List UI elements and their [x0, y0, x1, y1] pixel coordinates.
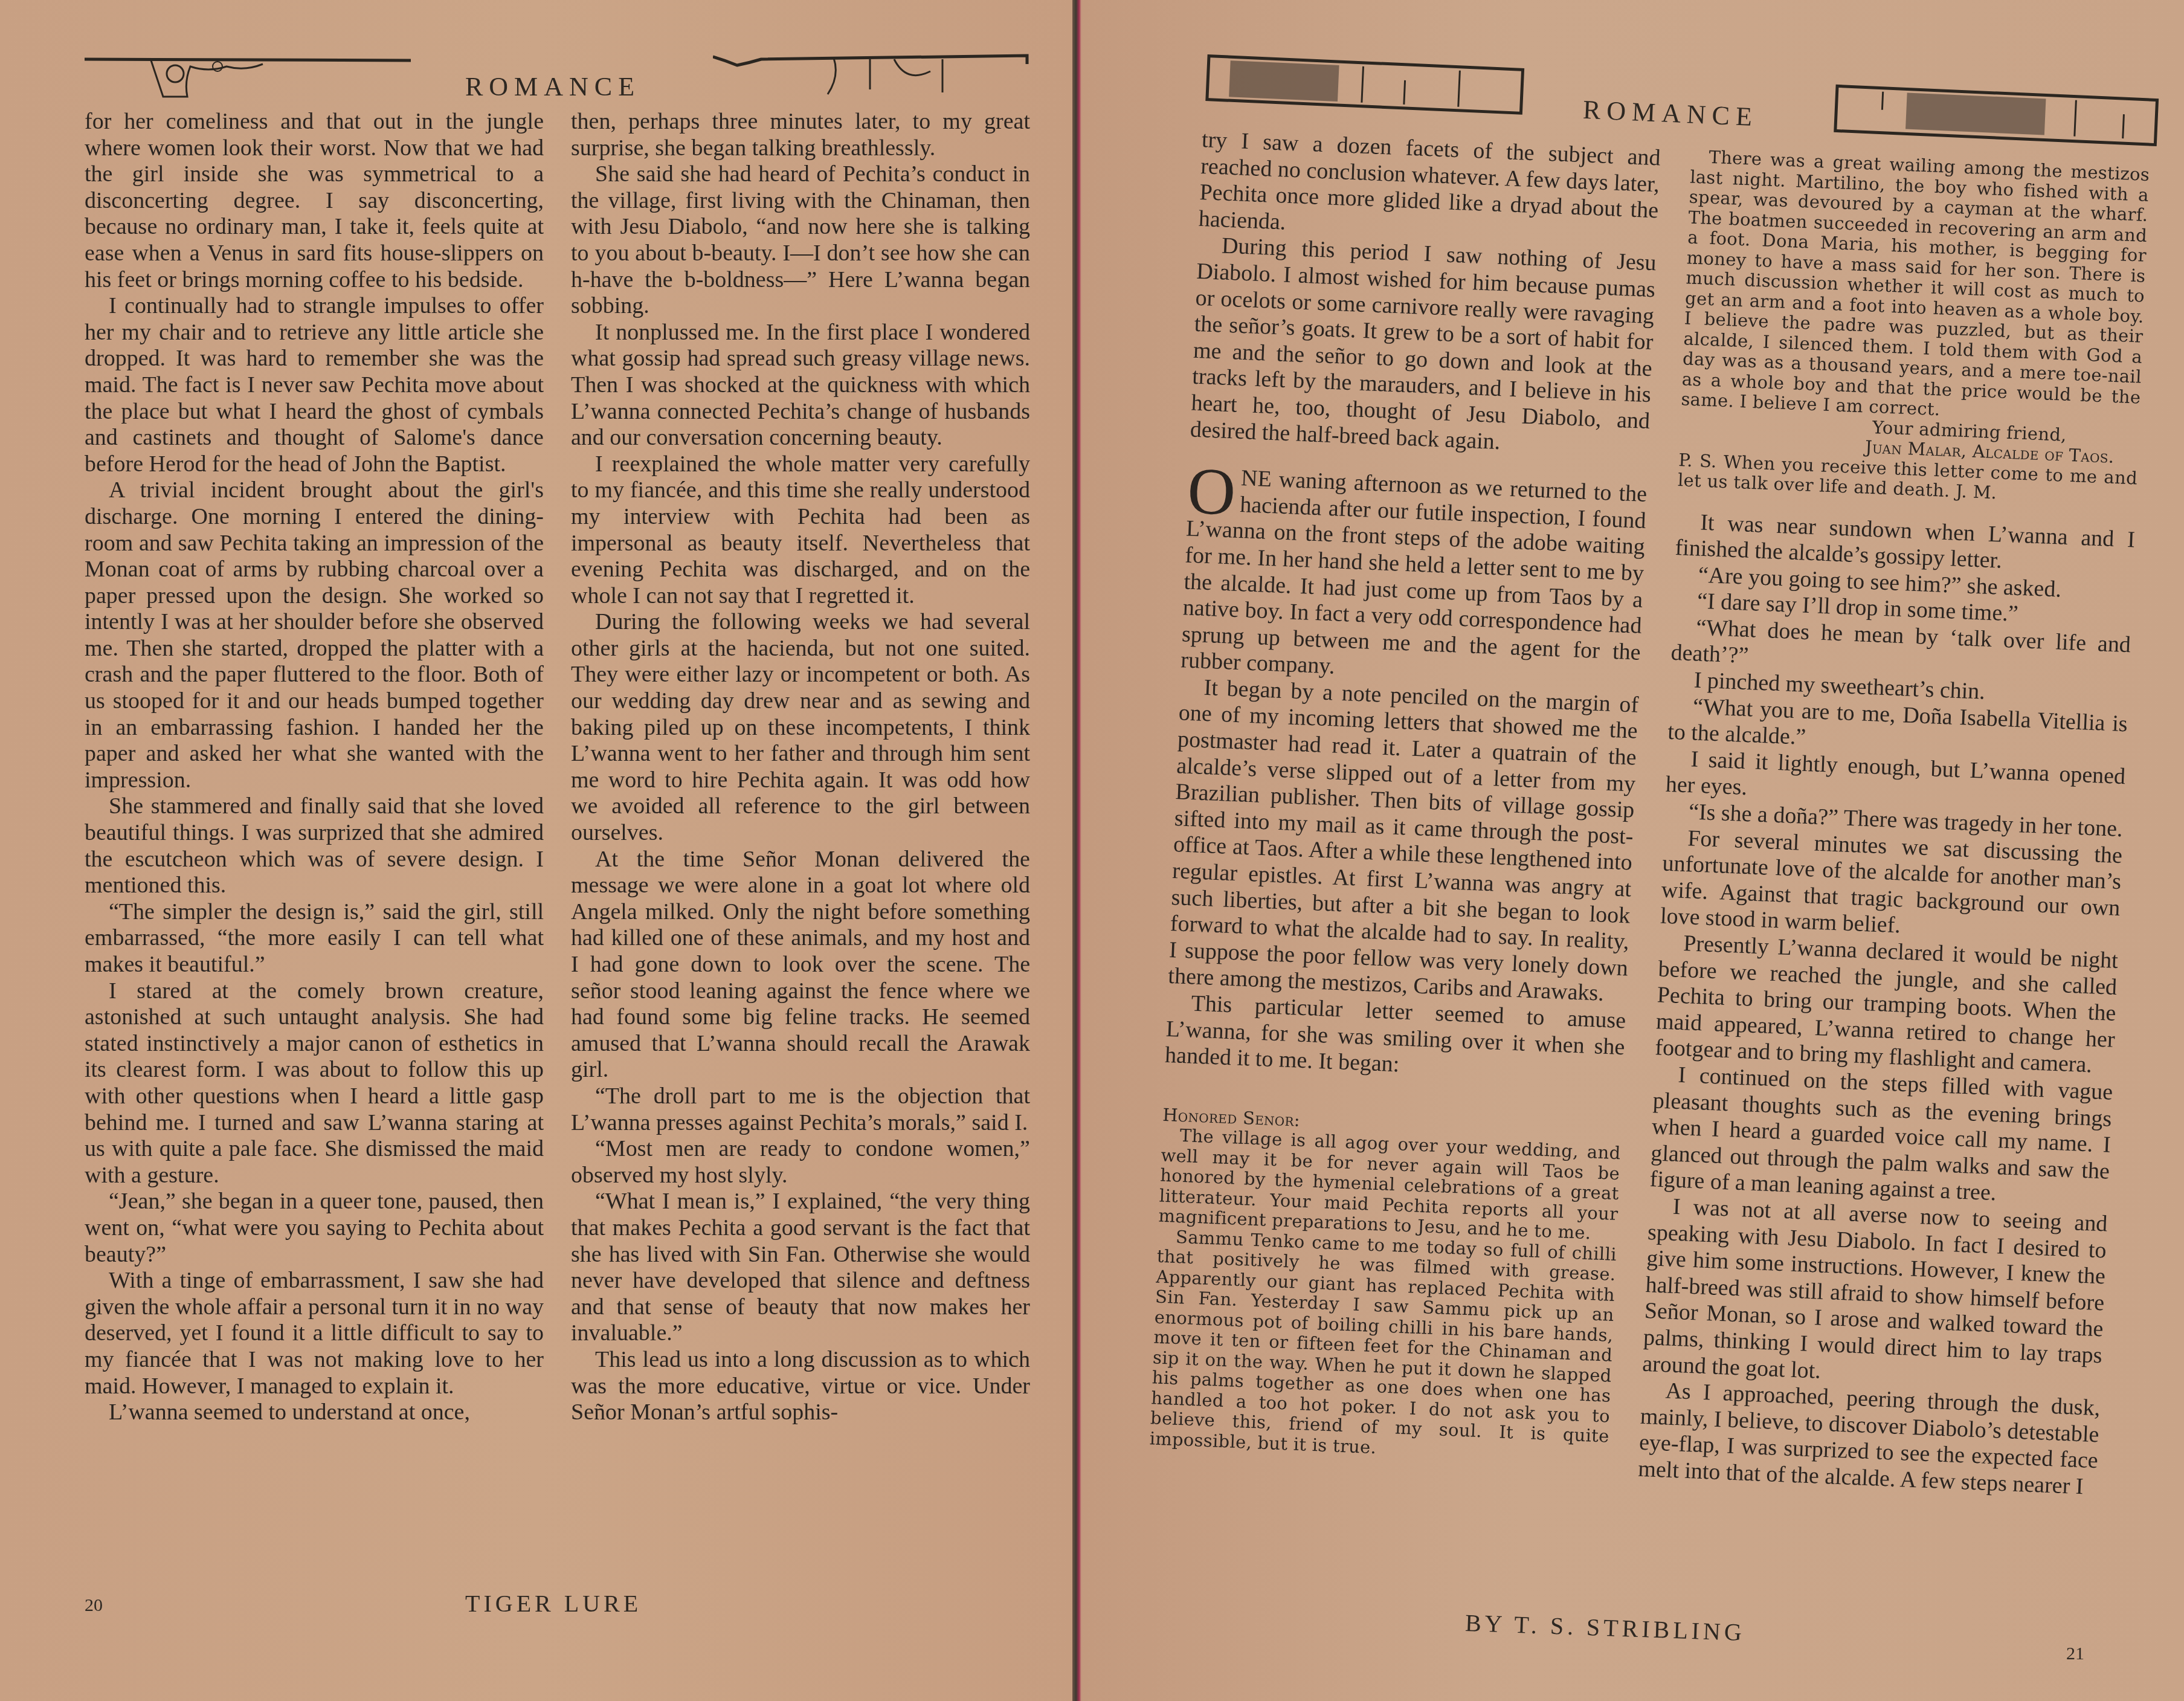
right-column-2: There was a great wailing among the mest… [1638, 147, 2150, 1501]
paragraph: She stammered and finally said that she … [85, 793, 544, 899]
left-column-2: then, perhaps three minutes later, to my… [571, 109, 1030, 1426]
paragraph: then, perhaps three minutes later, to my… [571, 109, 1030, 161]
paragraph: As I approached, peering through the dus… [1638, 1377, 2101, 1501]
paragraph: I stared at the comely brown creature, a… [85, 978, 544, 1189]
paragraph: At the time Señor Monan delivered the me… [571, 847, 1030, 1083]
running-head: ROMANCE [1582, 94, 1759, 133]
paragraph: I was not at all averse now to seeing an… [1642, 1193, 2108, 1395]
paragraph: “The simpler the design is,” said the gi… [85, 899, 544, 978]
author-byline: BY T. S. STRIBLING [1464, 1609, 1745, 1647]
page-number: 20 [85, 1595, 103, 1616]
paragraph: A trivial incident brought about the gir… [85, 477, 544, 793]
paragraph: I continually had to strangle impulses t… [85, 293, 544, 477]
letter-paragraph: There was a great wailing among the mest… [1681, 147, 2150, 428]
right-page: ROMANCE try I saw a dozen facets of the … [1081, 0, 2184, 1701]
paragraph: I continued on the steps filled with vag… [1649, 1061, 2113, 1211]
paragraph: “Most men are ready to condone women,” o… [571, 1136, 1030, 1189]
paragraph: I reexplained the whole matter very care… [571, 451, 1030, 610]
running-head: ROMANCE [465, 71, 640, 102]
page-number: 21 [2066, 1644, 2084, 1664]
right-column-1: try I saw a dozen facets of the subject … [1149, 127, 1661, 1467]
paragraph: This lead us into a long discussion as t… [571, 1347, 1030, 1426]
left-column-1: for her comeliness and that out in the j… [85, 109, 544, 1426]
paragraph: “The droll part to me is the objection t… [571, 1083, 1030, 1136]
paragraph: Presently L’wanna declared it would be n… [1655, 929, 2119, 1079]
book-gutter [1072, 0, 1081, 1701]
paragraph: She said she had heard of Pechita’s cond… [571, 161, 1030, 320]
paragraph: “Jean,” she began in a queer tone, pause… [85, 1189, 544, 1268]
letter-paragraph: The village is all agog over your weddin… [1158, 1125, 1621, 1245]
paragraph: ONE waning afternoon as we returned to t… [1181, 463, 1648, 692]
paragraph: L’wanna seemed to understand at once, [85, 1399, 544, 1426]
paragraph: It nonplussed me. In the first place I w… [571, 320, 1030, 451]
paragraph: It began by a note penciled on the margi… [1168, 674, 1639, 1008]
paragraph: for her comeliness and that out in the j… [85, 109, 544, 293]
paragraph-text: NE waning afternoon as we returned to th… [1181, 465, 1648, 679]
paragraph: During the following weeks we had severa… [571, 609, 1030, 846]
letter-continued: There was a great wailing among the mest… [1677, 147, 2150, 509]
story-title: TIGER LURE [465, 1589, 642, 1618]
magazine-spread: ROMANCE for her comeliness and that out … [0, 0, 2184, 1701]
paragraph: try I saw a dozen facets of the subject … [1198, 127, 1661, 251]
drop-cap: O [1187, 466, 1237, 517]
right-header-ornament-right [1832, 83, 2160, 152]
left-page: ROMANCE for her comeliness and that out … [0, 0, 1072, 1701]
letter-paragraph: Sammu Tenko came to me today so full of … [1149, 1226, 1617, 1467]
right-header-ornament-left [1204, 53, 1526, 121]
paragraph: “What I mean is,” I explained, “the very… [571, 1189, 1030, 1347]
paragraph: For several minutes we sat discussing th… [1660, 824, 2122, 948]
paragraph: During this period I saw nothing of Jesu… [1190, 232, 1657, 461]
left-header-ornament-left [85, 56, 411, 104]
left-header-ornament-right [713, 53, 1033, 102]
letter: Honored Senor: The village is all agog o… [1149, 1105, 1622, 1467]
paragraph: With a tinge of embarrassment, I saw she… [85, 1268, 544, 1399]
